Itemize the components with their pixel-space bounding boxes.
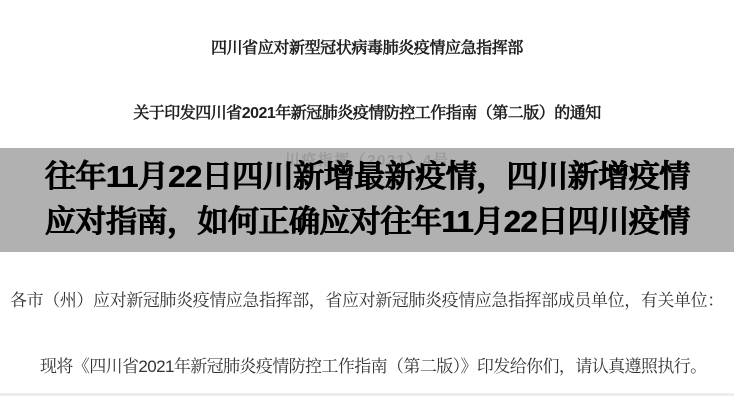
headline-block: 往年11月22日四川新增最新疫情，四川新增疫情 应对指南，如何正确应对往年11月… (0, 154, 734, 244)
headline-banner: 川疫指挥（2021）4号 往年11月22日四川新增最新疫情，四川新增疫情 应对指… (0, 148, 734, 252)
notice-title: 关于印发四川省2021年新冠肺炎疫情防控工作指南（第二版）的通知 (0, 100, 734, 123)
headline-line-1: 往年11月22日四川新增最新疫情，四川新增疫情 (0, 154, 734, 199)
document-page: 四川省应对新型冠状病毒肺炎疫情应急指挥部 关于印发四川省2021年新冠肺炎疫情防… (0, 0, 734, 400)
bottom-cutoff-strip (0, 393, 734, 396)
issuing-org-title: 四川省应对新型冠状病毒肺炎疫情应急指挥部 (0, 35, 734, 58)
salutation-line: 各市（州）应对新冠肺炎疫情应急指挥部，省应对新冠肺炎疫情应急指挥部成员单位，有关… (10, 286, 734, 311)
headline-line-2: 应对指南，如何正确应对往年11月22日四川疫情 (0, 199, 734, 244)
body-paragraph: 现将《四川省2021年新冠肺炎疫情防控工作指南（第二版）》印发给你们，请认真遵照… (40, 352, 734, 377)
